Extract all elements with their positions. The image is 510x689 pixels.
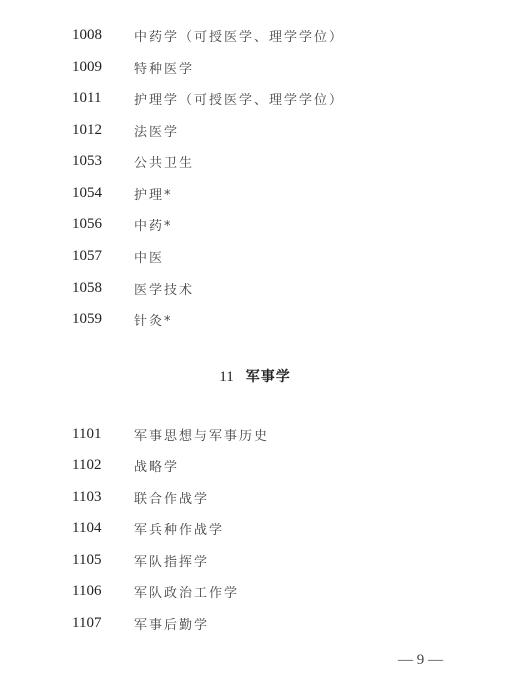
list-item: 1008中药学（可授医学、理学学位） xyxy=(72,24,344,46)
page-number: — 9 — xyxy=(398,652,443,669)
list-item: 1103联合作战学 xyxy=(72,486,209,508)
section-number: 11 xyxy=(219,369,233,385)
discipline-code: 1009 xyxy=(72,59,134,76)
list-item: 1102战略学 xyxy=(72,454,179,476)
discipline-name: 联合作战学 xyxy=(134,488,209,507)
discipline-name: 军兵种作战学 xyxy=(134,519,224,538)
discipline-name: 针灸* xyxy=(134,310,173,329)
discipline-code: 1107 xyxy=(72,615,134,632)
discipline-code: 1101 xyxy=(72,426,134,443)
list-item: 1009特种医学 xyxy=(72,56,194,78)
discipline-code: 1056 xyxy=(72,216,134,233)
discipline-name: 中药* xyxy=(134,215,173,234)
discipline-name: 军队政治工作学 xyxy=(134,582,239,601)
discipline-code: 1011 xyxy=(72,90,134,107)
list-item: 1101军事思想与军事历史 xyxy=(72,423,269,445)
discipline-code: 1053 xyxy=(72,153,134,170)
section-title: 军事学 xyxy=(246,369,291,385)
discipline-name: 医学技术 xyxy=(134,279,194,298)
discipline-code: 1057 xyxy=(72,248,134,265)
discipline-code: 1102 xyxy=(72,457,134,474)
discipline-name: 中药学（可授医学、理学学位） xyxy=(134,26,344,45)
discipline-name: 公共卫生 xyxy=(134,152,194,171)
list-item: 1054护理* xyxy=(72,182,173,204)
discipline-name: 中医 xyxy=(134,247,164,266)
discipline-name: 军事后勤学 xyxy=(134,614,209,633)
list-item: 1059针灸* xyxy=(72,308,173,330)
list-item: 1107军事后勤学 xyxy=(72,612,209,634)
discipline-code: 1106 xyxy=(72,583,134,600)
list-item: 1058医学技术 xyxy=(72,277,194,299)
discipline-code: 1104 xyxy=(72,520,134,537)
discipline-code: 1054 xyxy=(72,185,134,202)
discipline-name: 护理* xyxy=(134,184,173,203)
discipline-code: 1105 xyxy=(72,552,134,569)
list-item: 1056中药* xyxy=(72,213,173,235)
discipline-code: 1012 xyxy=(72,122,134,139)
discipline-name: 战略学 xyxy=(134,456,179,475)
discipline-code: 1008 xyxy=(72,27,134,44)
discipline-code: 1058 xyxy=(72,280,134,297)
list-item: 1012法医学 xyxy=(72,119,179,141)
list-item: 1106军队政治工作学 xyxy=(72,580,239,602)
discipline-code: 1059 xyxy=(72,311,134,328)
list-item: 1057中医 xyxy=(72,245,164,267)
discipline-code: 1103 xyxy=(72,489,134,506)
list-item: 1105军队指挥学 xyxy=(72,549,209,571)
list-item: 1053公共卫生 xyxy=(72,150,194,172)
list-item: 1011护理学（可授医学、理学学位） xyxy=(72,87,344,109)
discipline-name: 护理学（可授医学、理学学位） xyxy=(134,89,344,108)
discipline-name: 军队指挥学 xyxy=(134,551,209,570)
discipline-name: 军事思想与军事历史 xyxy=(134,425,269,444)
discipline-name: 法医学 xyxy=(134,121,179,140)
discipline-name: 特种医学 xyxy=(134,58,194,77)
list-item: 1104军兵种作战学 xyxy=(72,517,224,539)
section-heading: 11军事学 xyxy=(0,366,510,386)
